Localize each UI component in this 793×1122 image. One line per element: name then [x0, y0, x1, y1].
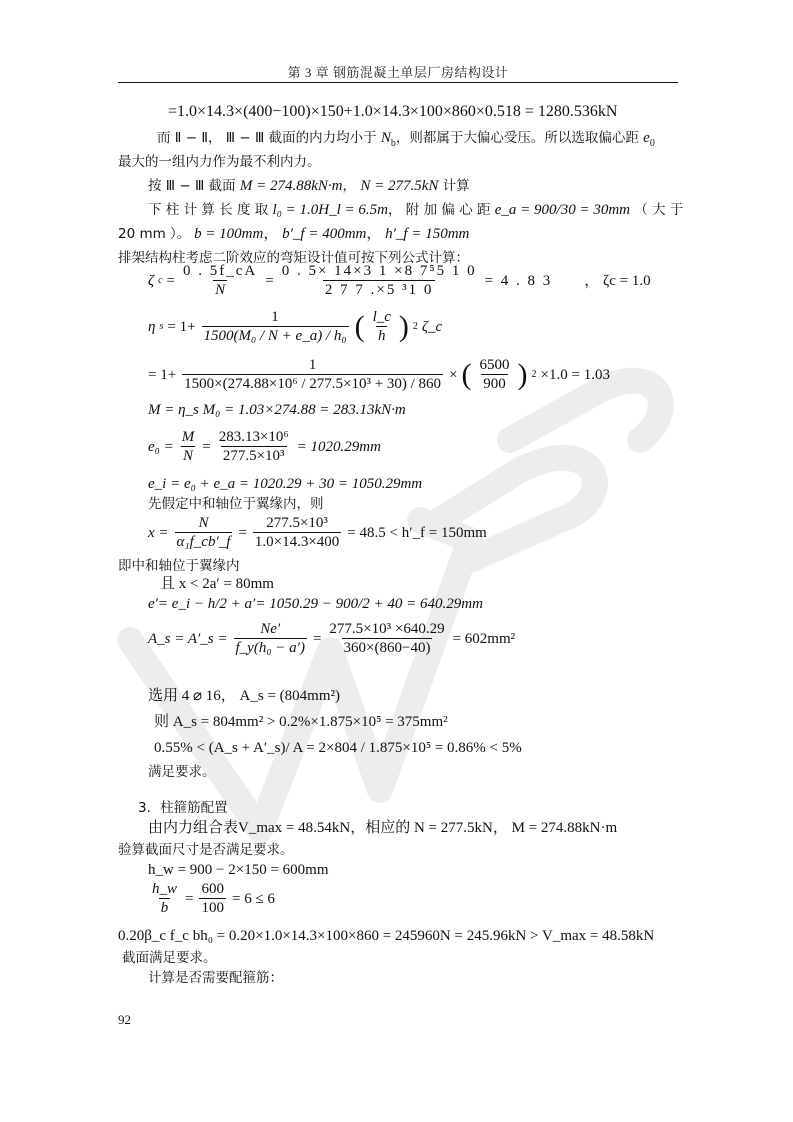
paragraph-worst-force: 最大的一组内力作为最不利内力。 [118, 152, 321, 172]
ratio-check: 0.55% < (A_s + A′_s)/ A = 2×804 / 1.875×… [154, 738, 522, 758]
ei-equation: e_i = e₀ + e_a = 1020.29 + 30 = 1050.29m… [148, 474, 422, 494]
eprime-equation: e′= e_i − h/2 + a′= 1050.29 − 900/2 + 40… [148, 594, 483, 614]
satisfied-note-2: 截面满足要求。 [122, 948, 217, 968]
section-dimensions: 20 mm ）。 b = 100mm， b′_f = 400mm， h′_f =… [118, 224, 469, 244]
column-length: 下 柱 计 算 长 度 取 l₀ = 1.0H_l = 6.5m， 附 加 偏 … [148, 200, 683, 220]
min-reinforcement-check: 则 A_s = 804mm² > 0.2%×1.875×10⁵ = 375mm² [154, 712, 448, 732]
as-equation: A_s = A′_s = Ne′f_y(h₀ − a′) = 277.5×10³… [148, 620, 515, 657]
header-rule [118, 82, 678, 83]
section-3-title: 3．柱箍筋配置 [138, 798, 228, 818]
assume-neutral-axis: 先假定中和轴位于翼缘内，则 [148, 494, 324, 514]
within-flange: 即中和轴位于翼缘内 [118, 556, 240, 576]
hw-equation: h_w = 900 − 2×150 = 600mm [148, 860, 329, 880]
hw-b-ratio: h_wb = 600100 = 6 ≤ 6 [148, 880, 275, 917]
running-header: 第 3 章 钢筋混凝土单层厂房结构设计 [118, 62, 678, 81]
stirrup-calc-heading: 计算是否需要配箍筋： [148, 968, 283, 988]
vmax-line: 由内力组合表V_max = 48.54kN，相应的 N = 277.5kN， M… [148, 818, 617, 838]
section-forces: 按 Ⅲ − Ⅲ 截面 M = 274.88kN·m， N = 277.5kN 计… [148, 176, 470, 196]
shear-capacity-check: 0.20β_c f_c bh₀ = 0.20×1.0×14.3×100×860 … [118, 926, 654, 946]
eta-substitution: = 1+ 11500×(274.88×10⁶ / 277.5×10³ + 30)… [148, 356, 610, 393]
x-less-than: 且 x < 2a′ = 80mm [160, 574, 274, 594]
satisfied-note-1: 满足要求。 [148, 762, 216, 782]
nb-equation: =1.0×14.3×(400−100)×150+1.0×14.3×100×860… [168, 102, 617, 122]
document-page: 第 3 章 钢筋混凝土单层厂房结构设计 =1.0×14.3×(400−100)×… [0, 0, 793, 1122]
eta-formula: ηs= 1+ 11500(M₀ / N + e_a) / h₀ ( l_ch )… [148, 308, 442, 345]
e0-equation: e₀ = MN = 283.13×10⁶277.5×10³ = 1020.29m… [148, 428, 381, 465]
check-section-size: 验算截面尺寸是否满足要求。 [118, 840, 294, 860]
rebar-selection: 选用 4 ⌀ 16， A_s = (804mm²) [148, 686, 340, 706]
paragraph-large-eccentric: 而 Ⅱ − Ⅱ， Ⅲ − Ⅲ 截面的内力均小于 Nb，则都属于大偏心受压。所以选… [157, 128, 655, 148]
page-number: 92 [118, 1012, 131, 1028]
zeta-formula: ζc= 0 . 5f_cAN = 0 . 5× 14×3 1 ×8 7⁵5 1 … [148, 262, 651, 299]
m-equation: M = η_s M₀ = 1.03×274.88 = 283.13kN·m [148, 400, 406, 420]
x-equation: x = Nα₁f_cb′_f = 277.5×10³1.0×14.3×400 =… [148, 514, 487, 551]
